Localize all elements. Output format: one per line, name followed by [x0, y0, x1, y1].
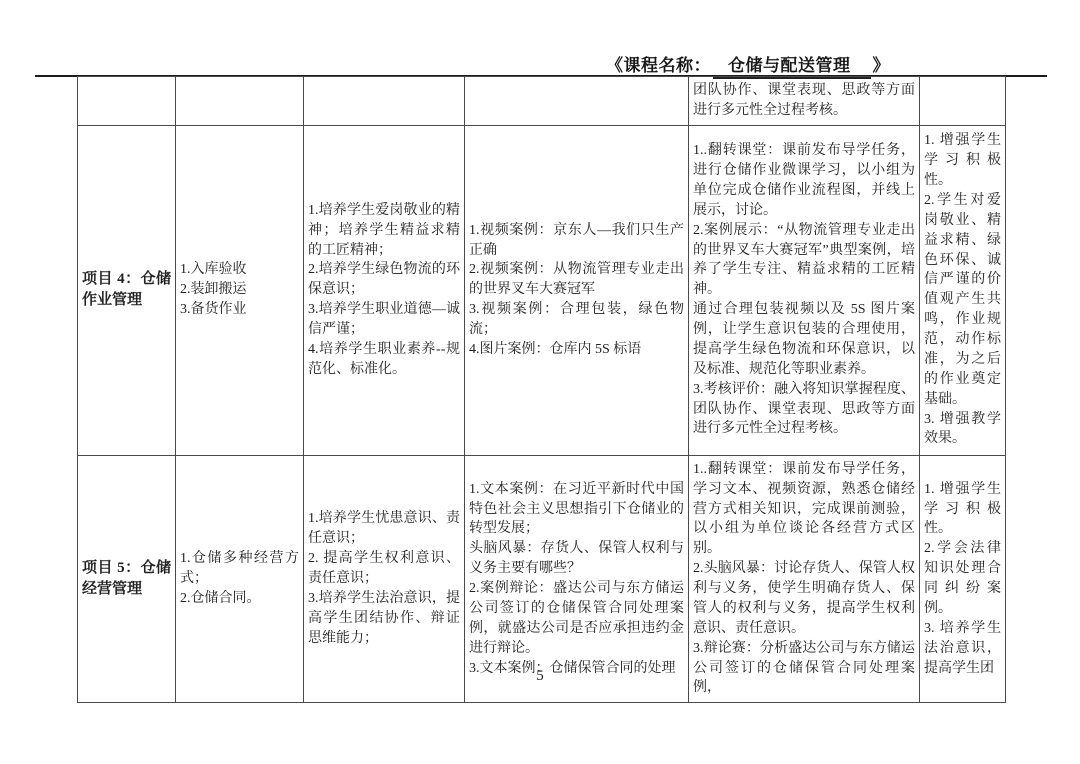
- project-title-cell: 项目 5：仓储经营管理: [78, 455, 176, 703]
- outcome-cell: [920, 77, 1006, 126]
- table-row-project4: 项目 4：仓储作业管理 1.入库验收 2.装卸搬运 3.备货作业 1.培养学生爱…: [78, 125, 1006, 455]
- table-row-continuation: 团队协作、课堂表现、思政等方面进行多元性全过程考核。: [78, 77, 1006, 126]
- process-cell: 1..翻转课堂：课前发布导学任务，学习文本、视频资源，熟悉仓储经营方式相关知识，…: [689, 455, 920, 703]
- project-title-cell: 项目 4：仓储作业管理: [78, 125, 176, 455]
- header-suffix: 》: [873, 56, 891, 75]
- project-title-cell: [78, 77, 176, 126]
- content-cell: 1.仓储多种经营方式； 2.仓储合同。: [176, 455, 304, 703]
- header-prefix: 《课程名称：: [606, 56, 711, 75]
- objectives-cell: 1.培养学生爱岗敬业的精神；培养学生精益求精的工匠精神； 2.培养学生绿色物流的…: [304, 125, 465, 455]
- process-cell-continued: 团队协作、课堂表现、思政等方面进行多元性全过程考核。: [689, 77, 920, 126]
- cases-cell: 1.文本案例：在习近平新时代中国特色社会主义思想指引下仓储业的转型发展； 头脑风…: [465, 455, 689, 703]
- table-row-project5: 项目 5：仓储经营管理 1.仓储多种经营方式； 2.仓储合同。 1.培养学生忧患…: [78, 455, 1006, 703]
- syllabus-table: 团队协作、课堂表现、思政等方面进行多元性全过程考核。 项目 4：仓储作业管理 1…: [77, 76, 1006, 703]
- content-cell: 1.入库验收 2.装卸搬运 3.备货作业: [176, 125, 304, 455]
- objectives-cell: 1.培养学生忧患意识、责任意识； 2. 提高学生权利意识、责任意识； 3.培养学…: [304, 455, 465, 703]
- process-cell: 1..翻转课堂：课前发布导学任务，进行仓储作业微课学习，以小组为单位完成仓储作业…: [689, 125, 920, 455]
- cases-cell: 1.视频案例：京东人—我们只生产正确 2.视频案例：从物流管理专业走出的世界叉车…: [465, 125, 689, 455]
- outcome-cell: 1. 增强学生学习积极性。 2.学会法律知识处理合同纠纷案例。 3. 培养学生法…: [920, 455, 1006, 703]
- content-cell: [176, 77, 304, 126]
- objectives-cell: [304, 77, 465, 126]
- cases-cell: [465, 77, 689, 126]
- page-number: 5: [0, 668, 1080, 685]
- outcome-cell: 1. 增强学生学习积极性。 2.学生对爱岗敬业、精益求精、绿色环保、诚信严谨的价…: [920, 125, 1006, 455]
- document-page: 《课程名称：仓储与配送管理》 团队协作、课堂表现、思政等方面进行多元性全过程考核…: [0, 0, 1080, 764]
